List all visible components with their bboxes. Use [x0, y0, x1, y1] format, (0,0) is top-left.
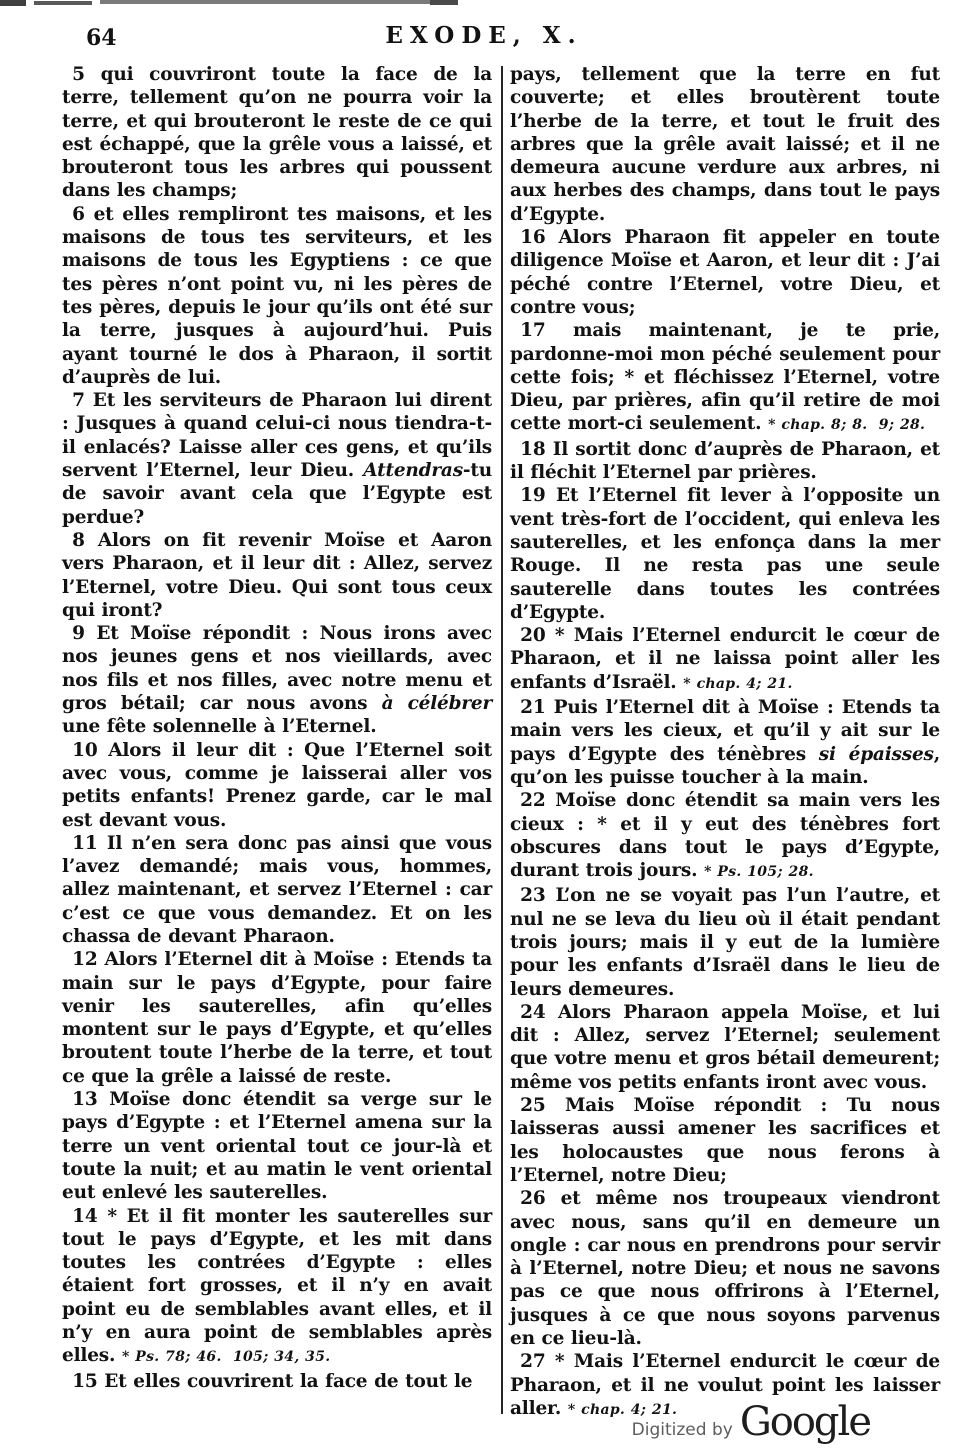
verse: 26 et même nos troupeaux viendront avec … [510, 1187, 940, 1350]
verse-text: 24 Alors Pharaon appela Moïse, et lui di… [510, 1002, 940, 1093]
verse-text: 25 Mais Moïse répondit : Tu nous laisser… [510, 1095, 940, 1186]
verse-text: 6 et elles rempliront tes maisons, et le… [62, 204, 492, 388]
verse-text: 5 qui couvriront toute la face de la ter… [62, 64, 492, 201]
verse: 13 Moïse donc étendit sa verge sur le pa… [62, 1088, 492, 1204]
verse-text: 8 Alors on fit revenir Moïse et Aaron ve… [62, 530, 492, 621]
cross-reference: * Ps. 78; 46. 105; 34, 35. [122, 1349, 330, 1365]
verse-text: 19 Et l’Eternel fit lever à l’opposite u… [510, 485, 940, 622]
italic-text: Attendras [363, 460, 463, 481]
digitization-watermark: Digitized by Google [632, 1399, 870, 1445]
verse: 8 Alors on fit revenir Moïse et Aaron ve… [62, 529, 492, 622]
verse-text: 18 Il sortit donc d’auprès de Pharaon, e… [510, 439, 940, 483]
cross-reference: * Ps. 105; 28. [704, 864, 814, 880]
verse-text: 12 Alors l’Eternel dit à Moïse : Etends … [62, 949, 492, 1086]
scan-mark [34, 1, 92, 5]
verse: 17 mais maintenant, je te prie, pardonne… [510, 319, 940, 437]
verse: 7 Et les serviteurs de Pharaon lui diren… [62, 389, 492, 529]
scan-mark [430, 0, 458, 5]
verse: 20 * Mais l’Eternel endurcit le cœur de … [510, 624, 940, 696]
verse: 23 L’on ne se voyait pas l’un l’autre, e… [510, 884, 940, 1000]
page-title: EXODE, X. [0, 22, 968, 49]
page-number: 64 [86, 25, 117, 51]
verse: 25 Mais Moïse répondit : Tu nous laisser… [510, 1094, 940, 1187]
verse: 22 Moïse donc étendit sa main vers les c… [510, 789, 940, 884]
verse: 5 qui couvriront toute la face de la ter… [62, 63, 492, 203]
verse-text: 11 Il n’en sera donc pas ainsi que vous … [62, 833, 492, 947]
verse: 21 Puis l’Eternel dit à Moïse : Etends t… [510, 696, 940, 789]
verse: 9 Et Moïse répondit : Nous irons avec no… [62, 622, 492, 738]
verse: 18 Il sortit donc d’auprès de Pharaon, e… [510, 438, 940, 485]
digitized-by-label: Digitized by [632, 1420, 733, 1440]
book-page: 64 EXODE, X. 5 qui couvriront toute la f… [0, 0, 968, 1453]
scan-mark [100, 0, 456, 4]
verse: 6 et elles rempliront tes maisons, et le… [62, 203, 492, 389]
verse-text: 23 L’on ne se voyait pas l’un l’autre, e… [510, 885, 940, 999]
verse: 15 Et elles couvrirent la face de tout l… [62, 1370, 492, 1393]
verse: 19 Et l’Eternel fit lever à l’opposite u… [510, 484, 940, 624]
verse-text: 26 et même nos troupeaux viendront avec … [510, 1188, 940, 1349]
verse: 24 Alors Pharaon appela Moïse, et lui di… [510, 1001, 940, 1094]
verse-text: 13 Moïse donc étendit sa verge sur le pa… [62, 1089, 492, 1203]
google-logo: Google [740, 1399, 870, 1445]
verse: 14 * Et il fit monter les sauterelles su… [62, 1205, 492, 1370]
scan-mark [0, 0, 26, 6]
verse-continuation: pays, tellement que la terre en fut couv… [510, 63, 940, 226]
italic-text: si épaisses [819, 744, 934, 765]
text-columns: 5 qui couvriront toute la face de la ter… [62, 63, 940, 1422]
verse: 10 Alors il leur dit : Que l’Eternel soi… [62, 739, 492, 832]
verse: 16 Alors Pharaon fit appeler en toute di… [510, 226, 940, 319]
italic-text: à célébrer [382, 693, 492, 714]
verse: 11 Il n’en sera donc pas ainsi que vous … [62, 832, 492, 948]
cross-reference: * chap. 8; 8. 9; 28. [768, 417, 925, 433]
verse-text: 10 Alors il leur dit : Que l’Eternel soi… [62, 740, 492, 831]
column-divider [501, 66, 503, 1414]
page-header: 64 EXODE, X. [0, 22, 968, 56]
cross-reference: * chap. 4; 21. [683, 676, 792, 692]
verse-text: une fête solennelle à l’Eternel. [62, 716, 376, 737]
verse-text: 14 * Et il fit monter les sauterelles su… [62, 1206, 492, 1367]
left-column: 5 qui couvriront toute la face de la ter… [62, 63, 492, 1422]
verse-text: pays, tellement que la terre en fut couv… [510, 64, 940, 225]
right-column: pays, tellement que la terre en fut couv… [510, 63, 940, 1422]
verse: 12 Alors l’Eternel dit à Moïse : Etends … [62, 948, 492, 1088]
verse-text: 15 Et elles couvrirent la face de tout l… [72, 1371, 472, 1392]
verse-text: 16 Alors Pharaon fit appeler en toute di… [510, 227, 940, 318]
